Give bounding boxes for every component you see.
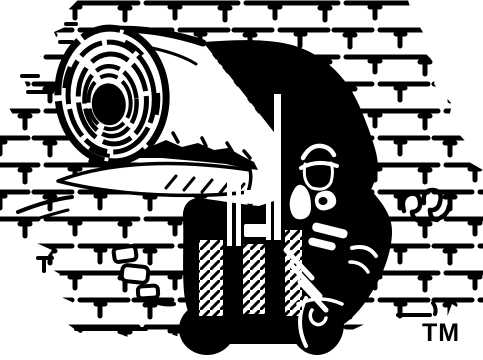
logo-canvas: TM bbox=[0, 0, 483, 360]
truck-crossbar-bottom bbox=[244, 224, 271, 237]
truck-rail-left-upper bbox=[227, 172, 232, 246]
truck-rail-mid-lower bbox=[243, 244, 265, 314]
truck-rail-right-upper bbox=[274, 94, 281, 240]
trademark-symbol: TM bbox=[416, 318, 466, 350]
logo-illustration bbox=[0, 0, 483, 360]
truck-rail-left-lower bbox=[199, 240, 223, 316]
truck-crossbar-top bbox=[244, 190, 271, 203]
